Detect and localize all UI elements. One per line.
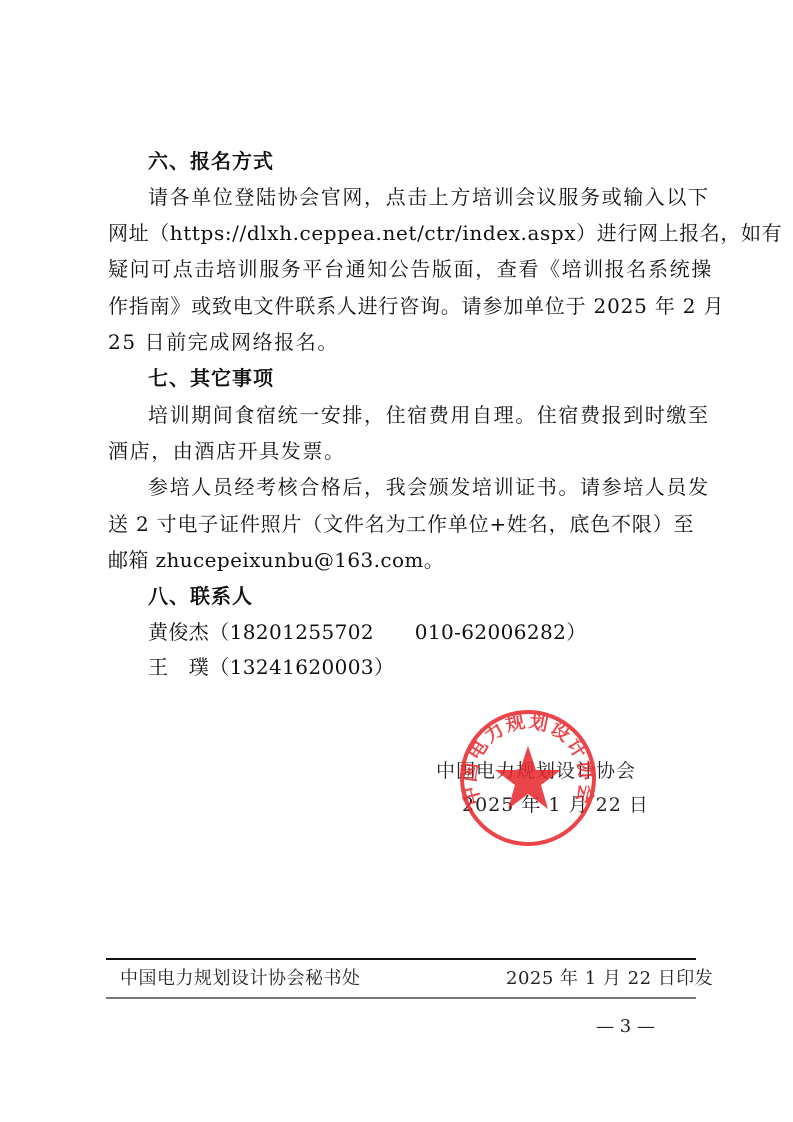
footer-rule-top bbox=[106, 958, 696, 960]
paragraph-line: 作指南》或致电文件联系人进行咨询。请参加单位于 2025 年 2 月 bbox=[108, 288, 694, 324]
paragraph-line: 培训期间食宿统一安排，住宿费用自理。住宿费报到时缴至 bbox=[148, 397, 694, 433]
section-heading-contacts: 八、联系人 bbox=[148, 578, 694, 614]
paragraph-line: 网址（https://dlxh.ceppea.net/ctr/index.asp… bbox=[108, 215, 694, 251]
official-seal-icon: 中国电力规划设计协会 bbox=[458, 708, 598, 848]
paragraph-line: 酒店，由酒店开具发票。 bbox=[108, 433, 694, 469]
paragraph-line: 参培人员经考核合格后，我会颁发培训证书。请参培人员发 bbox=[148, 469, 694, 505]
page-number: — 3 — bbox=[596, 1013, 655, 1041]
contact-line: 王 璞（13241620003） bbox=[148, 649, 694, 685]
contact-line: 黄俊杰（18201255702 010-62006282） bbox=[148, 614, 694, 650]
paragraph-line: 请各单位登陆协会官网，点击上方培训会议服务或输入以下 bbox=[148, 179, 694, 215]
footer-issue-date: 2025 年 1 月 22 日印发 bbox=[506, 964, 713, 994]
paragraph-line: 送 2 寸电子证件照片（文件名为工作单位+姓名，底色不限）至 bbox=[108, 506, 694, 542]
paragraph-line: 疑问可点击培训服务平台通知公告版面，查看《培训报名系统操 bbox=[108, 251, 694, 287]
footer-rule-bottom bbox=[106, 997, 696, 999]
section-heading-other-matters: 七、其它事项 bbox=[148, 360, 694, 396]
paragraph-line: 邮箱 zhucepeixunbu@163.com。 bbox=[108, 542, 694, 578]
section-heading-registration: 六、报名方式 bbox=[148, 143, 694, 179]
footer-issuer: 中国电力规划设计协会秘书处 bbox=[120, 964, 361, 994]
paragraph-line: 25 日前完成网络报名。 bbox=[108, 324, 694, 360]
document-page: 六、报名方式 请各单位登陆协会官网，点击上方培训会议服务或输入以下 网址（htt… bbox=[0, 0, 793, 1122]
